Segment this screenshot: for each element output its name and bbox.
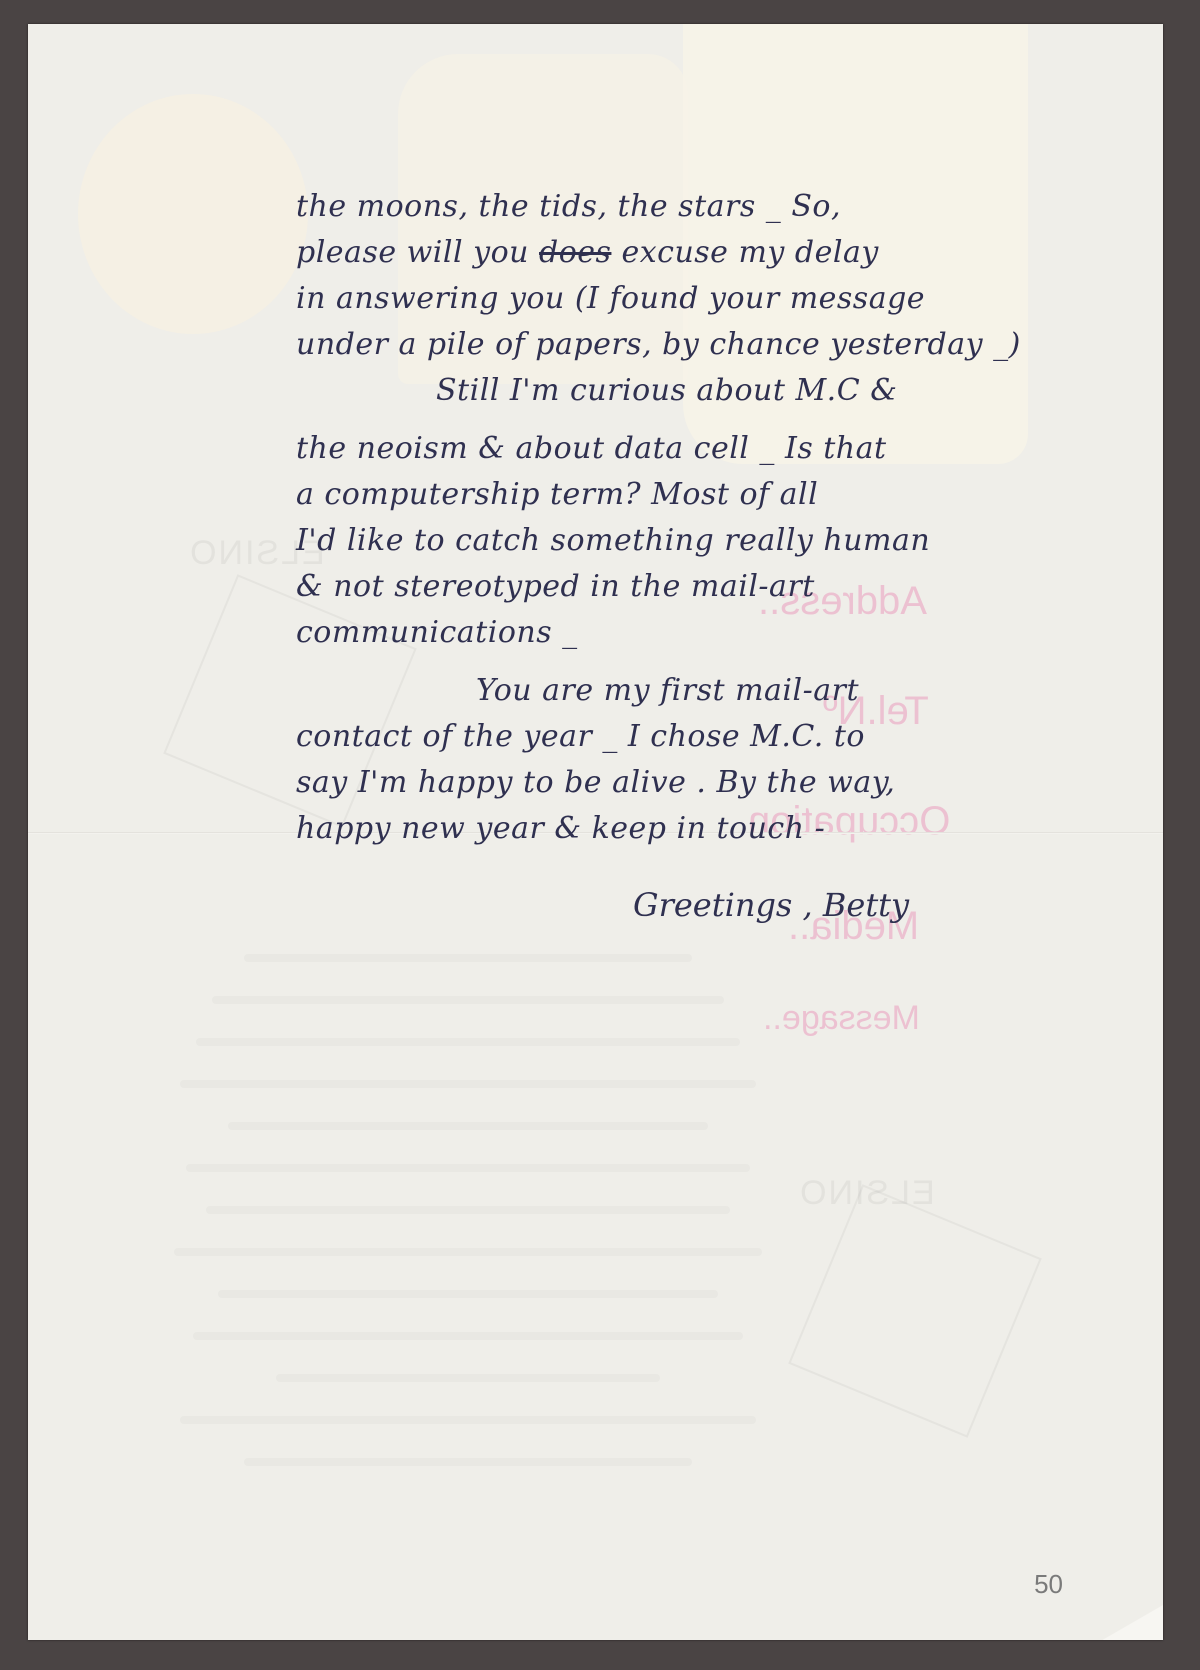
letter-body: the moons, the tids, the stars _ So, ple… <box>296 184 1096 852</box>
letter-line-part: excuse my delay <box>621 235 878 270</box>
show-through-text-lines <box>148 954 788 1640</box>
letter-line: say I'm happy to be alive . By the way, <box>296 760 1096 806</box>
letter-line: under a pile of papers, by chance yester… <box>296 322 1096 368</box>
letter-line: contact of the year _ I chose M.C. to <box>296 714 1096 760</box>
letter-line: & not stereotyped in the mail-art <box>296 564 1096 610</box>
signature: Greetings , Betty <box>633 886 909 924</box>
page-number: 50 <box>1034 1569 1063 1600</box>
show-through-logo-icon <box>788 1184 1041 1437</box>
letter-line: You are my first mail-art <box>296 668 1096 714</box>
letter-line: a computership term? Most of all <box>296 472 1096 518</box>
letter-line: in answering you (I found your message <box>296 276 1096 322</box>
letter-line-part: please will you <box>296 235 529 270</box>
bleed-label-message: Message.. <box>763 999 920 1038</box>
letter-page: ELSINO ELSINO Address.. Tel.Nº Occupatio… <box>28 24 1163 1640</box>
letter-line: I'd like to catch something really human <box>296 518 1096 564</box>
letter-line: the neoism & about data cell _ Is that <box>296 426 1096 472</box>
letter-line: please will you does excuse my delay <box>296 230 1096 276</box>
letter-line: Still I'm curious about M.C & <box>296 368 1096 414</box>
letter-line: the moons, the tids, the stars _ So, <box>296 184 1096 230</box>
corner-curl <box>1103 1604 1163 1640</box>
stain-circle <box>78 94 308 334</box>
struck-word: does <box>539 235 611 270</box>
letter-line: happy new year & keep in touch - <box>296 806 1096 852</box>
letter-line: communications _ <box>296 610 1096 656</box>
